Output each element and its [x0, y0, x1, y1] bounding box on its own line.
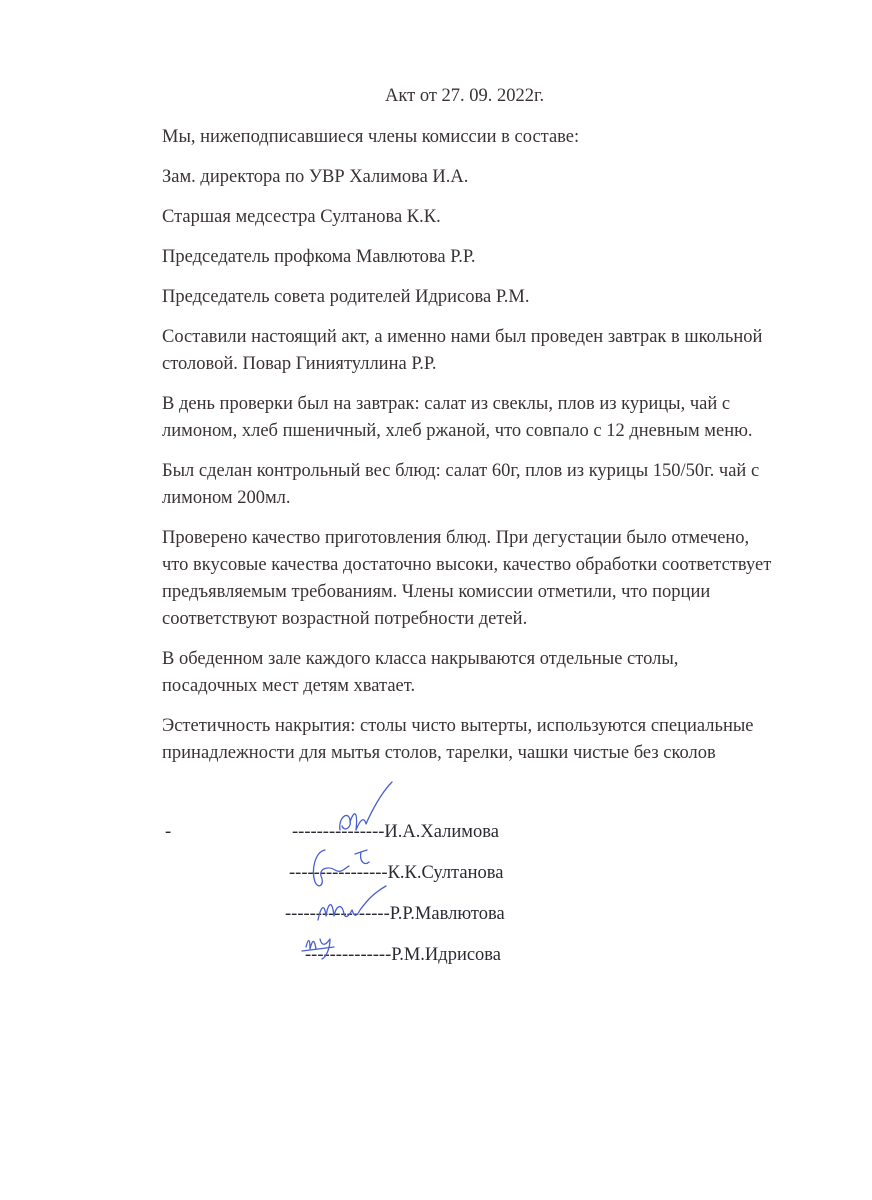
paragraph-line: В день проверки был на завтрак: салат из… [162, 393, 730, 415]
paragraph-line: Проверено качество приготовления блюд. П… [162, 527, 749, 549]
paragraph-line: Был сделан контрольный вес блюд: салат 6… [162, 460, 759, 482]
paragraph-line: Составили настоящий акт, а именно нами б… [162, 326, 762, 348]
paragraph-line: соответствуют возрастной потребности дет… [162, 608, 527, 630]
paragraph-line: столовой. Повар Гиниятуллина Р.Р. [162, 353, 437, 375]
member-line: Председатель профкома Мавлютова Р.Р. [162, 246, 475, 268]
left-dash: - [165, 821, 171, 843]
paragraph-line: Эстетичность накрытия: столы чисто вытер… [162, 715, 754, 737]
document-title: Акт от 27. 09. 2022г. [385, 85, 544, 107]
paragraph-line: предъявляемым требованиям. Члены комисси… [162, 581, 710, 603]
handwritten-signature-icon [300, 925, 350, 970]
paragraph-line: лимоном 200мл. [162, 487, 291, 509]
member-line: Старшая медсестра Султанова К.К. [162, 206, 441, 228]
signatory-name: И.А.Халимова [384, 822, 499, 842]
handwritten-signature-icon [310, 880, 410, 930]
paragraph-line: посадочных мест детям хватает. [162, 675, 415, 697]
member-line: Зам. директора по УВР Халимова И.А. [162, 166, 468, 188]
signatory-name: Р.М.Идрисова [391, 945, 501, 965]
paragraph-line: лимоном, хлеб пшеничный, хлеб ржаной, чт… [162, 420, 753, 442]
paragraph-line: принадлежности для мытья столов, тарелки… [162, 742, 716, 764]
intro-text: Мы, нижеподписавшиеся члены комиссии в с… [162, 126, 579, 148]
member-line: Председатель совета родителей Идрисова Р… [162, 286, 530, 308]
paragraph-line: что вкусовые качества достаточно высоки,… [162, 554, 771, 576]
paragraph-line: В обеденном зале каждого класса накрываю… [162, 648, 678, 670]
